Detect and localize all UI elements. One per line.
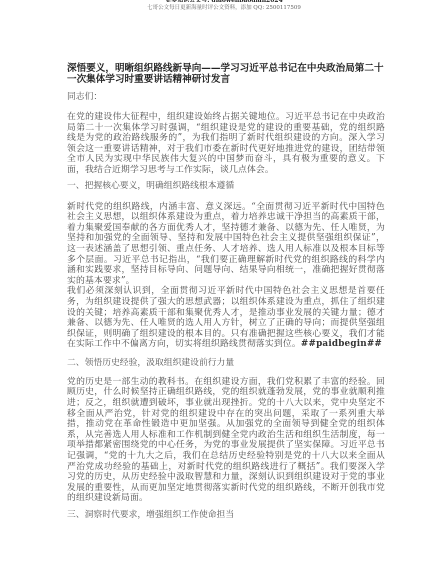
section-1-paragraph-1: 新时代党的组织路线，内涵丰富、意义深远。“全面贯彻习近平新时代中国特色社会主义思… xyxy=(67,202,385,287)
section-1-paragraph-2: 我们必须深刻认识到，全面贯彻习近平新时代中国特色社会主义思想是首要任务，为组织建… xyxy=(67,286,385,350)
section-heading-3: 三、洞察时代要求，增强组织工作使命担当 xyxy=(67,510,385,521)
document-title: 深悟要义，明晰组织路线新导向——学习习近平总书记在中央政治局第二十一次集体学习时… xyxy=(67,63,385,85)
header-contact-line: 七哥公文每日更新海量时评公文资料，添加 QQ: 2500117509 xyxy=(0,4,448,12)
intro-paragraph: 在党的建设伟大征程中，组织建设始终占据关键地位。习近平总书记在中央政治局第二十一… xyxy=(67,112,385,176)
section-heading-1: 一、把握核心要义，明确组织路线根本遵循 xyxy=(67,181,385,192)
salutation: 同志们： xyxy=(67,92,385,103)
document-body: 深悟要义，明晰组织路线新导向——学习习近平总书记在中央政治局第二十一次集体学习时… xyxy=(67,63,385,521)
section-heading-2: 二、领悟历史经验，汲取组织建设前行力量 xyxy=(67,358,385,369)
header-promo-line: 更多知识公文号: qiaowenbaodian2024 xyxy=(0,0,448,2)
page-header: 更多知识公文号: qiaowenbaodian2024 七哥公文每日更新海量时评… xyxy=(0,0,448,12)
section-2-paragraph-1: 党的历史是一部生动的教科书。在组织建设方面，我们党积累了丰富的经验。回顾历史，什… xyxy=(67,377,385,504)
paid-begin-marker: ##paidbegin## xyxy=(301,339,382,349)
